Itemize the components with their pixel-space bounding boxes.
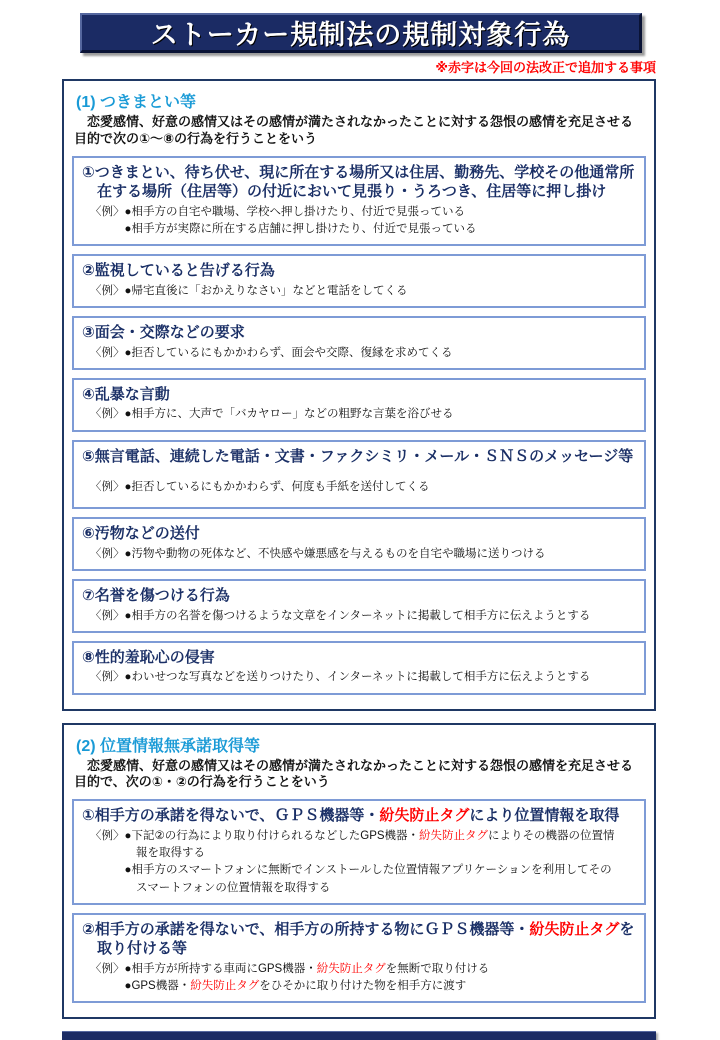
- item-box: ⑤無言電話、連続した電話・文書・ファクシミリ・メール・ＳＮＳのメッセージ等 〈例…: [72, 440, 646, 510]
- text-segment: により位置情報を取得: [469, 807, 619, 824]
- text-segment: 〈例〉●相手方の名誉を傷つけるような文章をインターネットに掲載して相手方に伝えよ…: [90, 610, 590, 622]
- item-title: ⑥汚物などの送付: [82, 524, 638, 544]
- item-title: ④乱暴な言動: [82, 385, 638, 405]
- law-addition-text: 紛失防止タグ: [190, 980, 259, 992]
- law-addition-text: 紛失防止タグ: [317, 963, 386, 975]
- item-title: ⑤無言電話、連続した電話・文書・ファクシミリ・メール・ＳＮＳのメッセージ等: [82, 447, 638, 467]
- item-example: 〈例〉●相手方の自宅や職場、学校へ押し掛けたり、付近で見張っている ●相手方が実…: [90, 204, 638, 239]
- section-heading: (1) つきまとい等: [76, 89, 648, 112]
- item-box: ③面会・交際などの要求 〈例〉●拒否しているにもかかわらず、面会や交際、復縁を求…: [72, 316, 646, 370]
- text-segment: 〈例〉●相手方の自宅や職場、学校へ押し掛けたり、付近で見張っている ●相手方が実…: [90, 206, 476, 235]
- law-addition-text: 紛失防止タグ: [419, 830, 488, 842]
- item-box: ①つきまとい、待ち伏せ、現に所在する場所又は住居、勤務先、学校その他通常所 在す…: [72, 156, 646, 247]
- item-example: 〈例〉●拒否しているにもかかわらず、何度も手紙を送付してくる: [90, 479, 638, 496]
- footer-bar: [62, 1031, 656, 1040]
- item-example: 〈例〉●相手方が所持する車両にGPS機器・紛失防止タグを無断で取り付ける ●GP…: [90, 961, 638, 996]
- text-segment: ⑦名誉を傷つける行為: [82, 587, 230, 604]
- item-example: 〈例〉●拒否しているにもかかわらず、面会や交際、復縁を求めてくる: [90, 345, 638, 362]
- item-example: 〈例〉●わいせつな写真などを送りつけたり、インターネットに掲載して相手方に伝えよ…: [90, 669, 638, 686]
- item-example: 〈例〉●相手方に、大声で「バカヤロー」などの粗野な言葉を浴びせる: [90, 406, 638, 423]
- law-addition-text: 紛失防止タグ: [529, 921, 619, 938]
- item-box: ⑧性的羞恥心の侵害 〈例〉●わいせつな写真などを送りつけたり、インターネットに掲…: [72, 641, 646, 695]
- section-box-1: (1) つきまとい等 恋愛感情、好意の感情又はその感情が満たされなかったことに対…: [62, 79, 656, 711]
- item-box: ⑦名誉を傷つける行為 〈例〉●相手方の名誉を傷つけるような文章をインターネットに…: [72, 579, 646, 633]
- text-segment: 〈例〉●汚物や動物の死体など、不快感や嫌悪感を与えるものを自宅や職場に送りつける: [90, 548, 545, 560]
- item-title: ②相手方の承諾を得ないで、相手方の所持する物にＧＰＳ機器等・紛失防止タグを 取り…: [82, 920, 638, 959]
- text-segment: 〈例〉●相手方に、大声で「バカヤロー」などの粗野な言葉を浴びせる: [90, 408, 453, 420]
- text-segment: ①相手方の承諾を得ないで、ＧＰＳ機器等・: [82, 807, 379, 824]
- text-segment: ④乱暴な言動: [82, 386, 170, 403]
- revision-note: ※赤字は今回の法改正で追加する事項: [0, 57, 656, 76]
- section-box-2: (2) 位置情報無承諾取得等 恋愛感情、好意の感情又はその感情が満たされなかった…: [62, 723, 656, 1020]
- text-segment: をひそかに取り付けた物を相手方に渡す: [259, 980, 466, 992]
- item-list: ①相手方の承諾を得ないで、ＧＰＳ機器等・紛失防止タグにより位置情報を取得 〈例〉…: [70, 799, 648, 1003]
- text-segment: 〈例〉●帰宅直後に「おかえりなさい」などと電話をしてくる: [90, 285, 407, 297]
- text-segment: ②相手方の承諾を得ないで、相手方の所持する物にＧＰＳ機器等・: [82, 921, 529, 938]
- item-example: 〈例〉●相手方の名誉を傷つけるような文章をインターネットに掲載して相手方に伝えよ…: [90, 608, 638, 625]
- text-segment: ⑥汚物などの送付: [82, 525, 200, 542]
- item-box: ④乱暴な言動 〈例〉●相手方に、大声で「バカヤロー」などの粗野な言葉を浴びせる: [72, 378, 646, 432]
- text-segment: ②監視していると告げる行為: [82, 262, 275, 279]
- item-list: ①つきまとい、待ち伏せ、現に所在する場所又は住居、勤務先、学校その他通常所 在す…: [70, 156, 648, 695]
- text-segment: ①つきまとい、待ち伏せ、現に所在する場所又は住居、勤務先、学校その他通常所 在す…: [82, 164, 634, 201]
- text-segment: ③面会・交際などの要求: [82, 324, 245, 341]
- page-title: ストーカー規制法の規制対象行為: [151, 13, 570, 52]
- text-segment: 〈例〉●拒否しているにもかかわらず、何度も手紙を送付してくる: [90, 481, 430, 493]
- item-example: 〈例〉●帰宅直後に「おかえりなさい」などと電話をしてくる: [90, 283, 638, 300]
- item-title: ⑧性的羞恥心の侵害: [82, 648, 638, 668]
- item-title: ①相手方の承諾を得ないで、ＧＰＳ機器等・紛失防止タグにより位置情報を取得: [82, 806, 638, 826]
- text-segment: ⑤無言電話、連続した電話・文書・ファクシミリ・メール・ＳＮＳのメッセージ等: [82, 448, 633, 465]
- text-segment: 〈例〉●わいせつな写真などを送りつけたり、インターネットに掲載して相手方に伝えよ…: [90, 671, 590, 683]
- law-addition-text: 紛失防止タグ: [379, 807, 469, 824]
- section-description: 恋愛感情、好意の感情又はその感情が満たされなかったことに対する怨恨の感情を充足さ…: [74, 758, 648, 792]
- section-description: 恋愛感情、好意の感情又はその感情が満たされなかったことに対する怨恨の感情を充足さ…: [74, 114, 648, 148]
- item-box: ②相手方の承諾を得ないで、相手方の所持する物にＧＰＳ機器等・紛失防止タグを 取り…: [72, 913, 646, 1004]
- item-title: ①つきまとい、待ち伏せ、現に所在する場所又は住居、勤務先、学校その他通常所 在す…: [82, 163, 638, 202]
- item-example: 〈例〉●汚物や動物の死体など、不快感や嫌悪感を与えるものを自宅や職場に送りつける: [90, 546, 638, 563]
- header-bar: ストーカー規制法の規制対象行為: [80, 13, 642, 53]
- text-segment: ⑧性的羞恥心の侵害: [82, 649, 215, 666]
- item-title: ②監視していると告げる行為: [82, 261, 638, 281]
- item-title: ③面会・交際などの要求: [82, 323, 638, 343]
- item-example: 〈例〉●下記②の行為により取り付けられるなどしたGPS機器・紛失防止タグによりそ…: [90, 828, 638, 897]
- sections-container: (1) つきまとい等 恋愛感情、好意の感情又はその感情が満たされなかったことに対…: [0, 79, 720, 1019]
- item-title: ⑦名誉を傷つける行為: [82, 586, 638, 606]
- section-heading: (2) 位置情報無承諾取得等: [76, 733, 648, 756]
- text-segment: 〈例〉●拒否しているにもかかわらず、面会や交際、復縁を求めてくる: [90, 347, 453, 359]
- text-segment: 〈例〉●下記②の行為により取り付けられるなどしたGPS機器・: [90, 830, 419, 842]
- item-box: ②監視していると告げる行為 〈例〉●帰宅直後に「おかえりなさい」などと電話をして…: [72, 254, 646, 308]
- item-box: ⑥汚物などの送付 〈例〉●汚物や動物の死体など、不快感や嫌悪感を与えるものを自宅…: [72, 517, 646, 571]
- text-segment: 〈例〉●相手方が所持する車両にGPS機器・: [90, 963, 317, 975]
- item-box: ①相手方の承諾を得ないで、ＧＰＳ機器等・紛失防止タグにより位置情報を取得 〈例〉…: [72, 799, 646, 905]
